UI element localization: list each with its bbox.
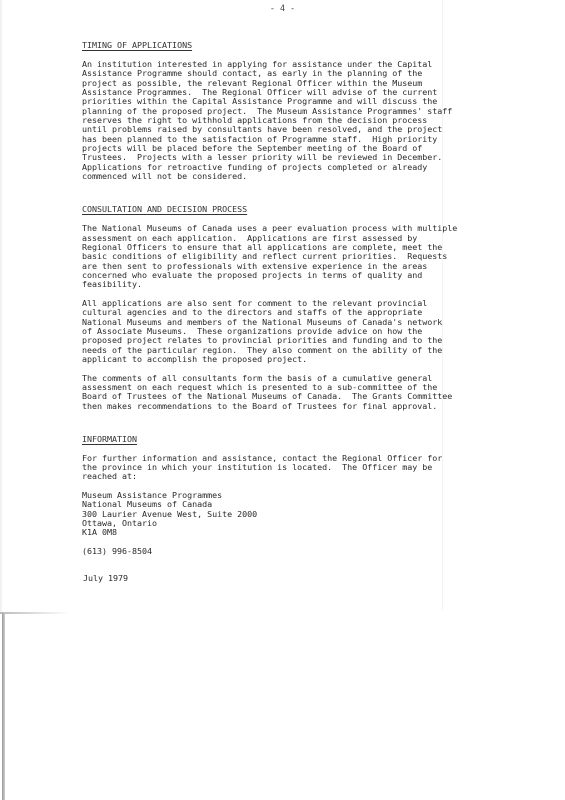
- document-date: July 1979: [82, 574, 522, 583]
- consultation-paragraph-3: The comments of all consultants form the…: [82, 374, 522, 411]
- page-left-shadow: [0, 0, 3, 612]
- text-line: the province in which your institution i…: [82, 463, 522, 472]
- page-number: - 4 -: [0, 3, 565, 13]
- text-line: Ottawa, Ontario: [82, 519, 522, 528]
- mailing-address: Museum Assistance ProgrammesNational Mus…: [82, 491, 522, 538]
- phone-number: (613) 996-8504: [82, 547, 522, 556]
- text-line: feasibility.: [82, 280, 522, 289]
- text-line: concerned who evaluate the proposed proj…: [82, 271, 522, 280]
- text-line: K1A 0M8: [82, 528, 522, 537]
- scan-edge-top: [0, 612, 70, 614]
- information-paragraph: For further information and assistance, …: [82, 454, 522, 482]
- section-heading-timing: TIMING OF APPLICATIONS: [82, 41, 522, 50]
- text-line: reached at:: [82, 472, 522, 481]
- section-heading-information: INFORMATION: [82, 435, 522, 444]
- text-line: commenced will not be considered.: [82, 172, 522, 181]
- scan-edge-left: [2, 613, 5, 800]
- section-heading-consultation: CONSULTATION AND DECISION PROCESS: [82, 205, 522, 214]
- document-body: TIMING OF APPLICATIONS An institution in…: [82, 41, 522, 584]
- text-line: then makes recommendations to the Board …: [82, 402, 522, 411]
- timing-paragraph: An institution interested in applying fo…: [82, 60, 522, 181]
- consultation-paragraph-1: The National Museums of Canada uses a pe…: [82, 224, 522, 289]
- consultation-paragraph-2: All applications are also sent for comme…: [82, 299, 522, 364]
- text-line: applicant to accomplish the proposed pro…: [82, 355, 522, 364]
